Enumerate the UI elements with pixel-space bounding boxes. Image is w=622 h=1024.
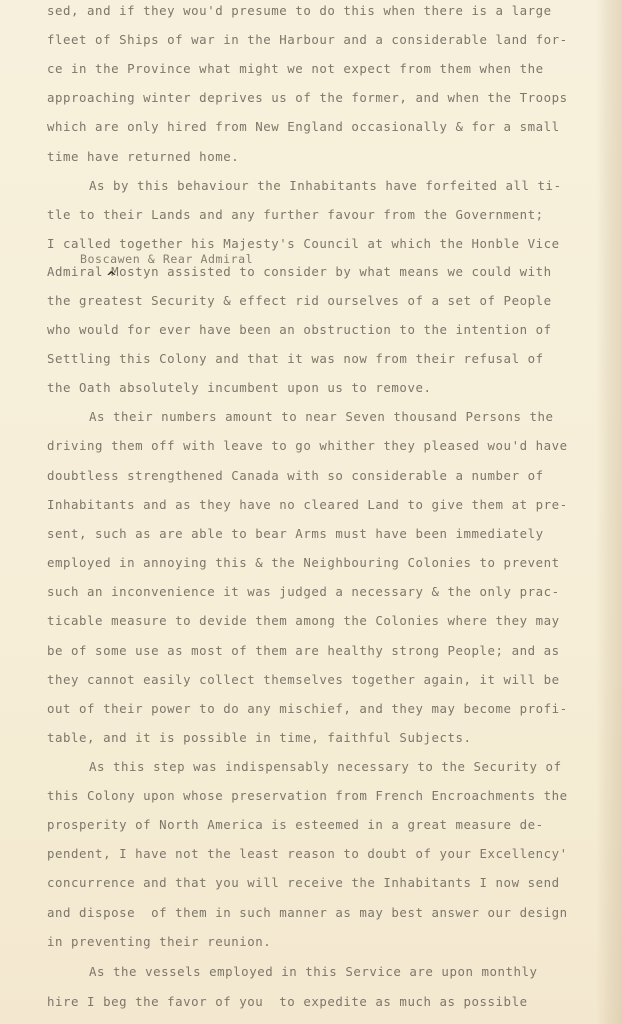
text-line: As this step was indispensably necessary… (89, 760, 562, 774)
text-line: employed in annoying this & the Neighbou… (47, 556, 560, 570)
text-line: hire I beg the favor of you to expedite … (47, 995, 528, 1009)
text-line: table, and it is possible in time, faith… (47, 731, 472, 745)
text-line: prosperity of North America is esteemed … (47, 818, 544, 832)
text-line: which are only hired from New England oc… (47, 120, 560, 134)
text-line: Settling this Colony and that it was now… (47, 352, 544, 366)
text-line: As their numbers amount to near Seven th… (89, 410, 554, 424)
text-line: I called together his Majesty's Council … (47, 237, 560, 251)
text-line: time have returned home. (47, 150, 239, 164)
text-line: As the vessels employed in this Service … (89, 965, 538, 979)
text-line: tle to their Lands and any further favou… (47, 208, 544, 222)
text-line: As by this behaviour the Inhabitants hav… (89, 179, 562, 193)
text-line: they cannot easily collect themselves to… (47, 673, 560, 687)
text-line: who would for ever have been an obstruct… (47, 323, 552, 337)
document-page: sed, and if they wou'd presume to do thi… (0, 0, 622, 1024)
text-line: this Colony upon whose preservation from… (47, 789, 568, 803)
text-line: Inhabitants and as they have no cleared … (47, 498, 568, 512)
text-line: the greatest Security & effect rid ourse… (47, 294, 552, 308)
interlinear-insertion: Boscawen & Rear Admiral (80, 252, 253, 266)
text-line: pendent, I have not the least reason to … (47, 847, 568, 861)
text-line: the Oath absolutely incumbent upon us to… (47, 381, 431, 395)
text-line: such an inconvenience it was judged a ne… (47, 585, 560, 599)
text-line: and dispose of them in such manner as ma… (47, 906, 568, 920)
text-line: fleet of Ships of war in the Harbour and… (47, 33, 568, 47)
text-line: concurrence and that you will receive th… (47, 876, 560, 890)
text-line: ticable measure to devide them among the… (47, 614, 560, 628)
text-line: doubtless strengthened Canada with so co… (47, 469, 544, 483)
insertion-caret-icon: ^ (106, 270, 117, 285)
text-line: ce in the Province what might we not exp… (47, 62, 544, 76)
text-line: driving them off with leave to go whithe… (47, 439, 568, 453)
text-line: approaching winter deprives us of the fo… (47, 91, 568, 105)
text-line: sed, and if they wou'd presume to do thi… (47, 4, 552, 18)
text-line: Admiral Mostyn assisted to consider by w… (47, 265, 552, 279)
text-line: out of their power to do any mischief, a… (47, 702, 568, 716)
text-line: sent, such as are able to bear Arms must… (47, 527, 544, 541)
text-line: be of some use as most of them are healt… (47, 644, 560, 658)
text-line: in preventing their reunion. (47, 935, 271, 949)
